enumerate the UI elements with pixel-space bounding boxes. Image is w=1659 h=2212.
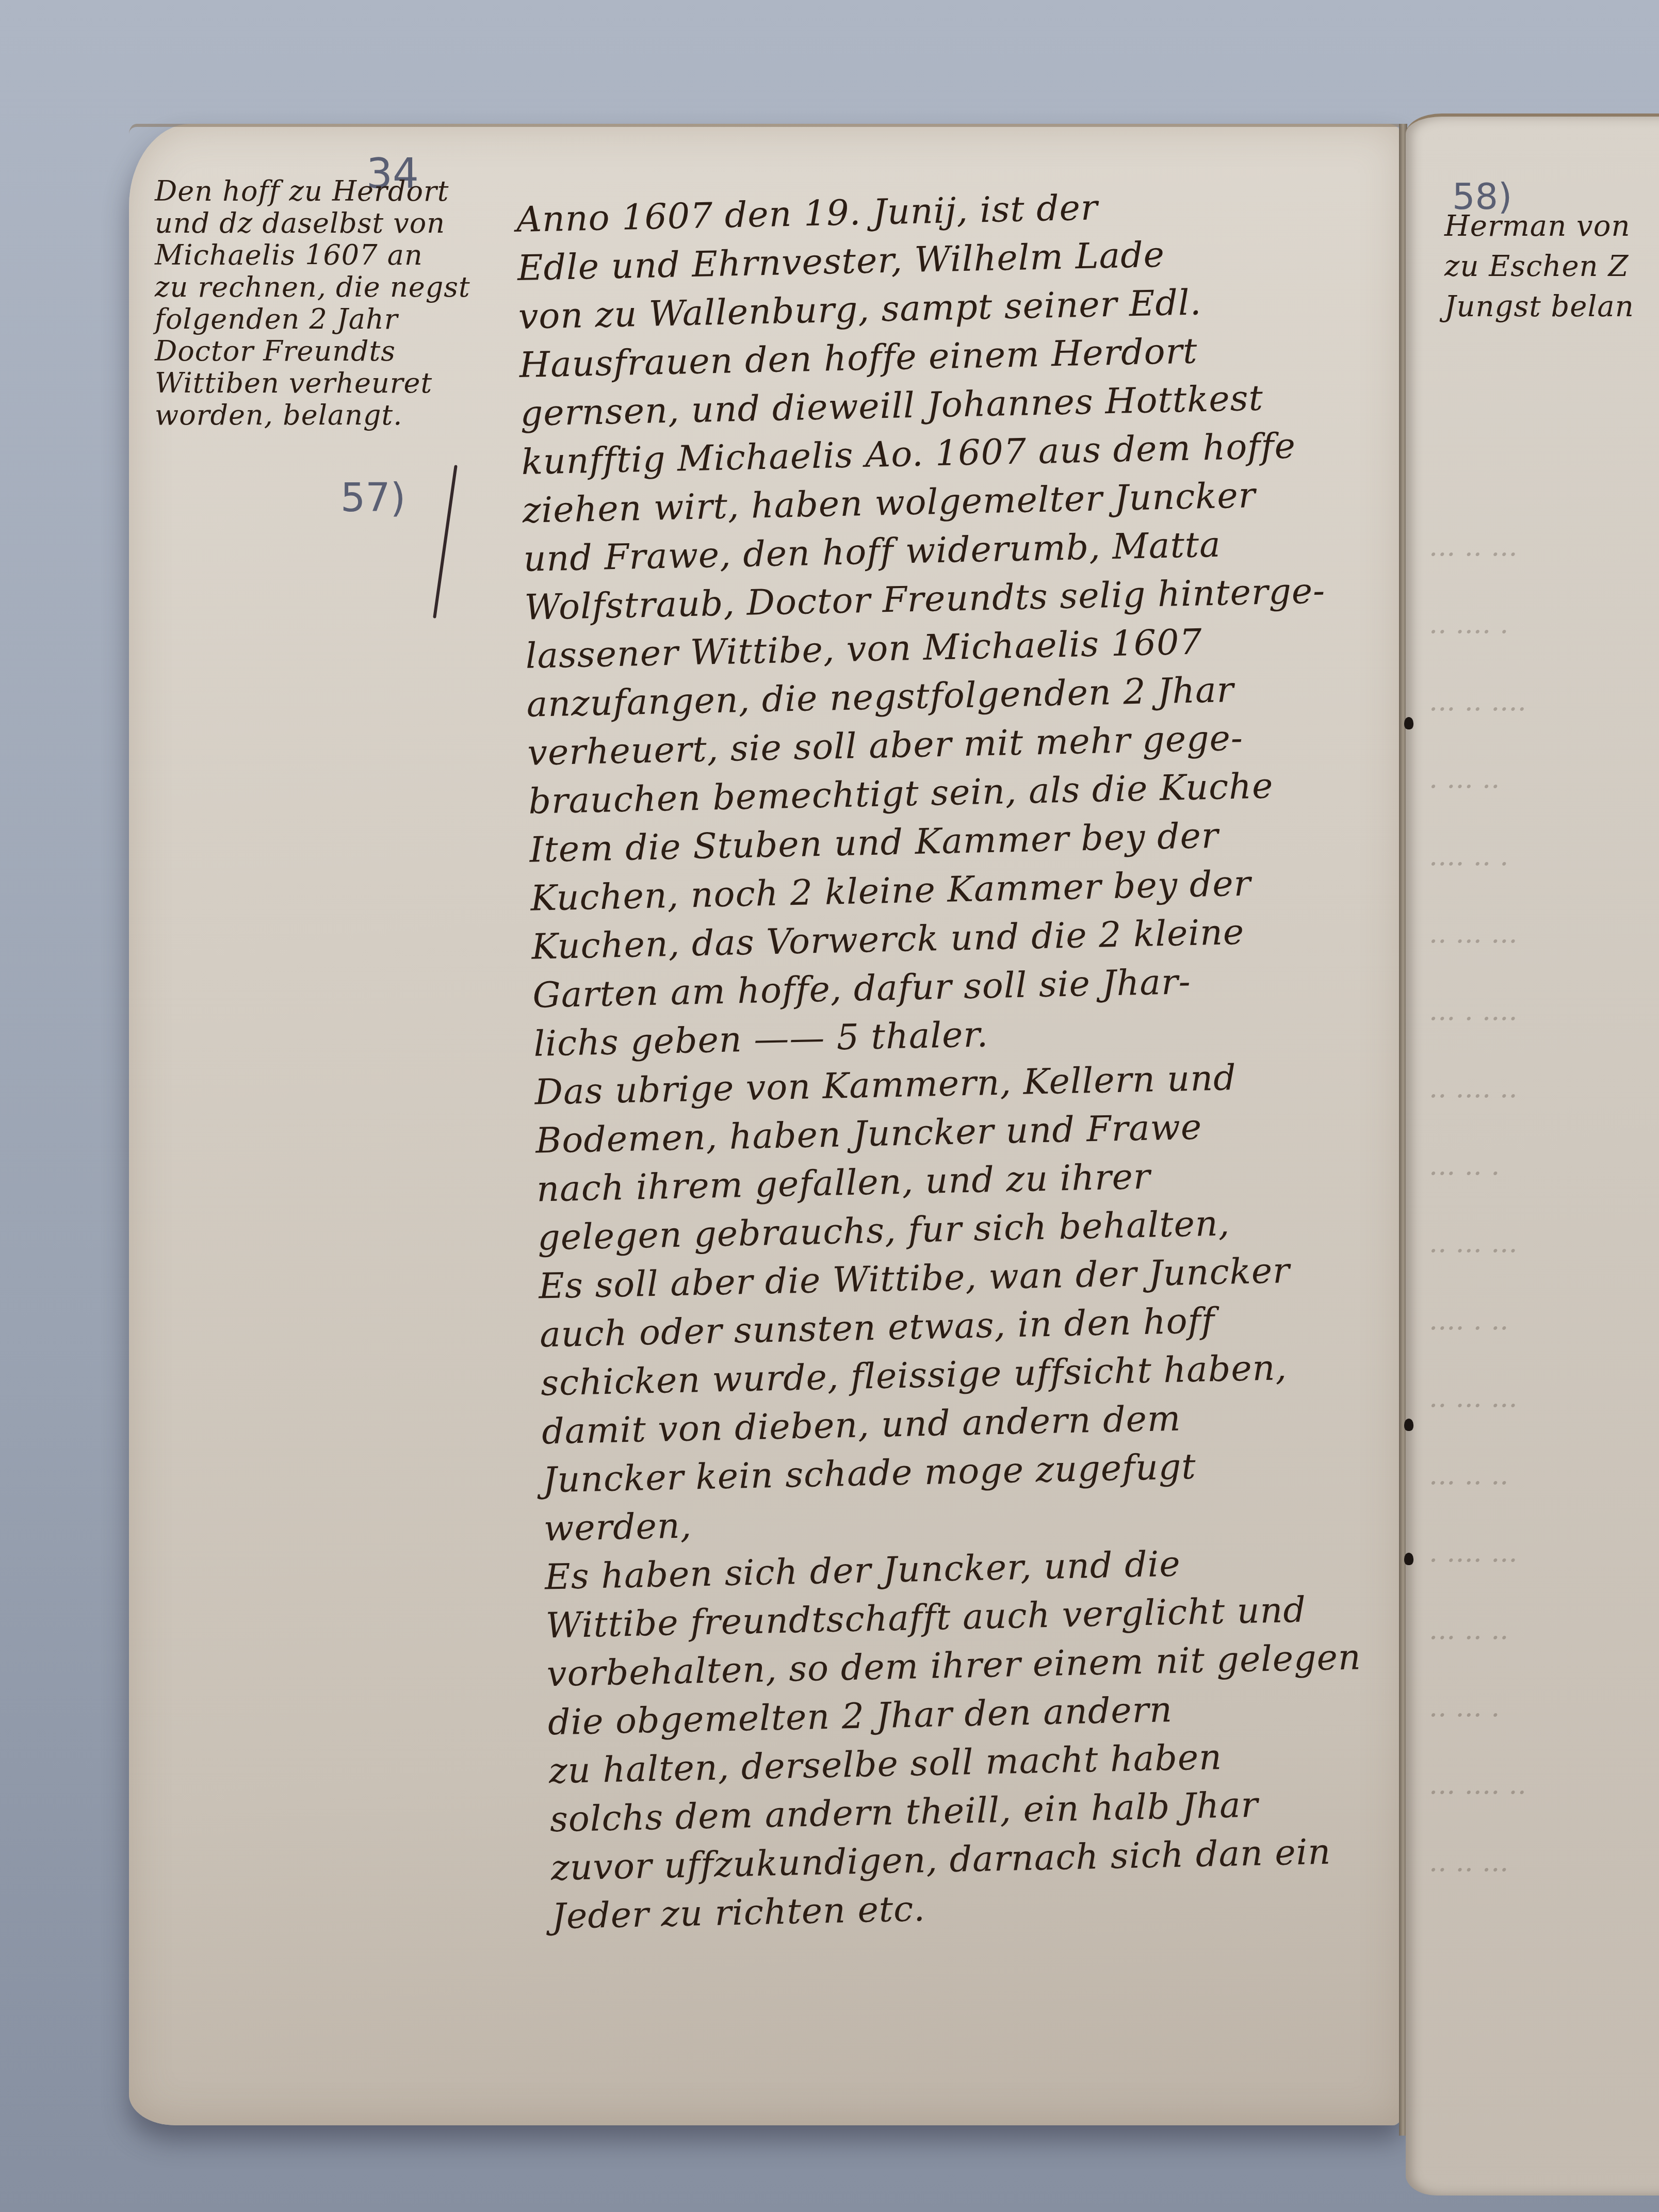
folio-number-right: 58) (1452, 175, 1512, 218)
faded-line: ·· ·· ··· (1429, 1831, 1656, 1909)
faded-line: · ···· ··· (1429, 1522, 1656, 1599)
faded-line: ·· ··· ··· (1429, 1212, 1656, 1290)
binding-hole (1404, 717, 1413, 729)
main-text-body: Anno 1607 den 19. Junij, ist der Edle un… (516, 179, 1367, 1941)
margin-note-line: Michaelis 1607 an (155, 239, 470, 271)
margin-note-line: worden, belangt. (155, 399, 470, 431)
faded-line: ···· ·· · (1429, 825, 1656, 903)
faded-line: ·· ··· ··· (1429, 1367, 1656, 1444)
faded-line: ··· ·· ·· (1429, 1444, 1656, 1522)
margin-note-line: folgenden 2 Jahr (155, 303, 470, 335)
faded-line: ·· ··· · (1429, 1677, 1656, 1754)
margin-note: Den hoff zu Herdort und dz daselbst von … (155, 175, 470, 431)
right-text-line: Jungst belan (1444, 287, 1634, 327)
faded-line: ·· ···· · (1429, 593, 1656, 671)
bleedthrough-text: ··· ·· ··· ·· ···· · ··· ·· ···· · ··· ·… (1429, 516, 1656, 1960)
faded-line: ··· ·· · (1429, 1135, 1656, 1212)
faded-line: ··· ·· ···· (1429, 671, 1656, 748)
faded-line: · ··· ·· (1429, 748, 1656, 825)
margin-note-line: Doctor Freundts (155, 335, 470, 367)
binding-hole (1404, 1419, 1413, 1431)
margin-note-line: Den hoff zu Herdort (155, 175, 470, 207)
margin-note-line: und dz daselbst von (155, 207, 470, 239)
margin-note-line: Wittiben verheuret (155, 367, 470, 399)
faded-line: ··· ···· ·· (1429, 1754, 1656, 1831)
right-page-text: Herman von zu Eschen Z Jungst belan (1444, 206, 1634, 327)
binding-hole (1404, 1553, 1413, 1565)
margin-note-line: zu rechnen, die negst (155, 271, 470, 303)
faded-line: ·· ···· ·· (1429, 1058, 1656, 1135)
faded-line: ··· · ···· (1429, 980, 1656, 1058)
right-text-line: zu Eschen Z (1444, 247, 1634, 287)
faded-line: ··· ·· ··· (1429, 516, 1656, 593)
faded-line: ··· ·· ·· (1429, 1599, 1656, 1677)
faded-line: ·· ··· ··· (1429, 903, 1656, 980)
faded-line: ···· · ·· (1429, 1290, 1656, 1367)
folio-number-margin: 57) (340, 475, 405, 521)
